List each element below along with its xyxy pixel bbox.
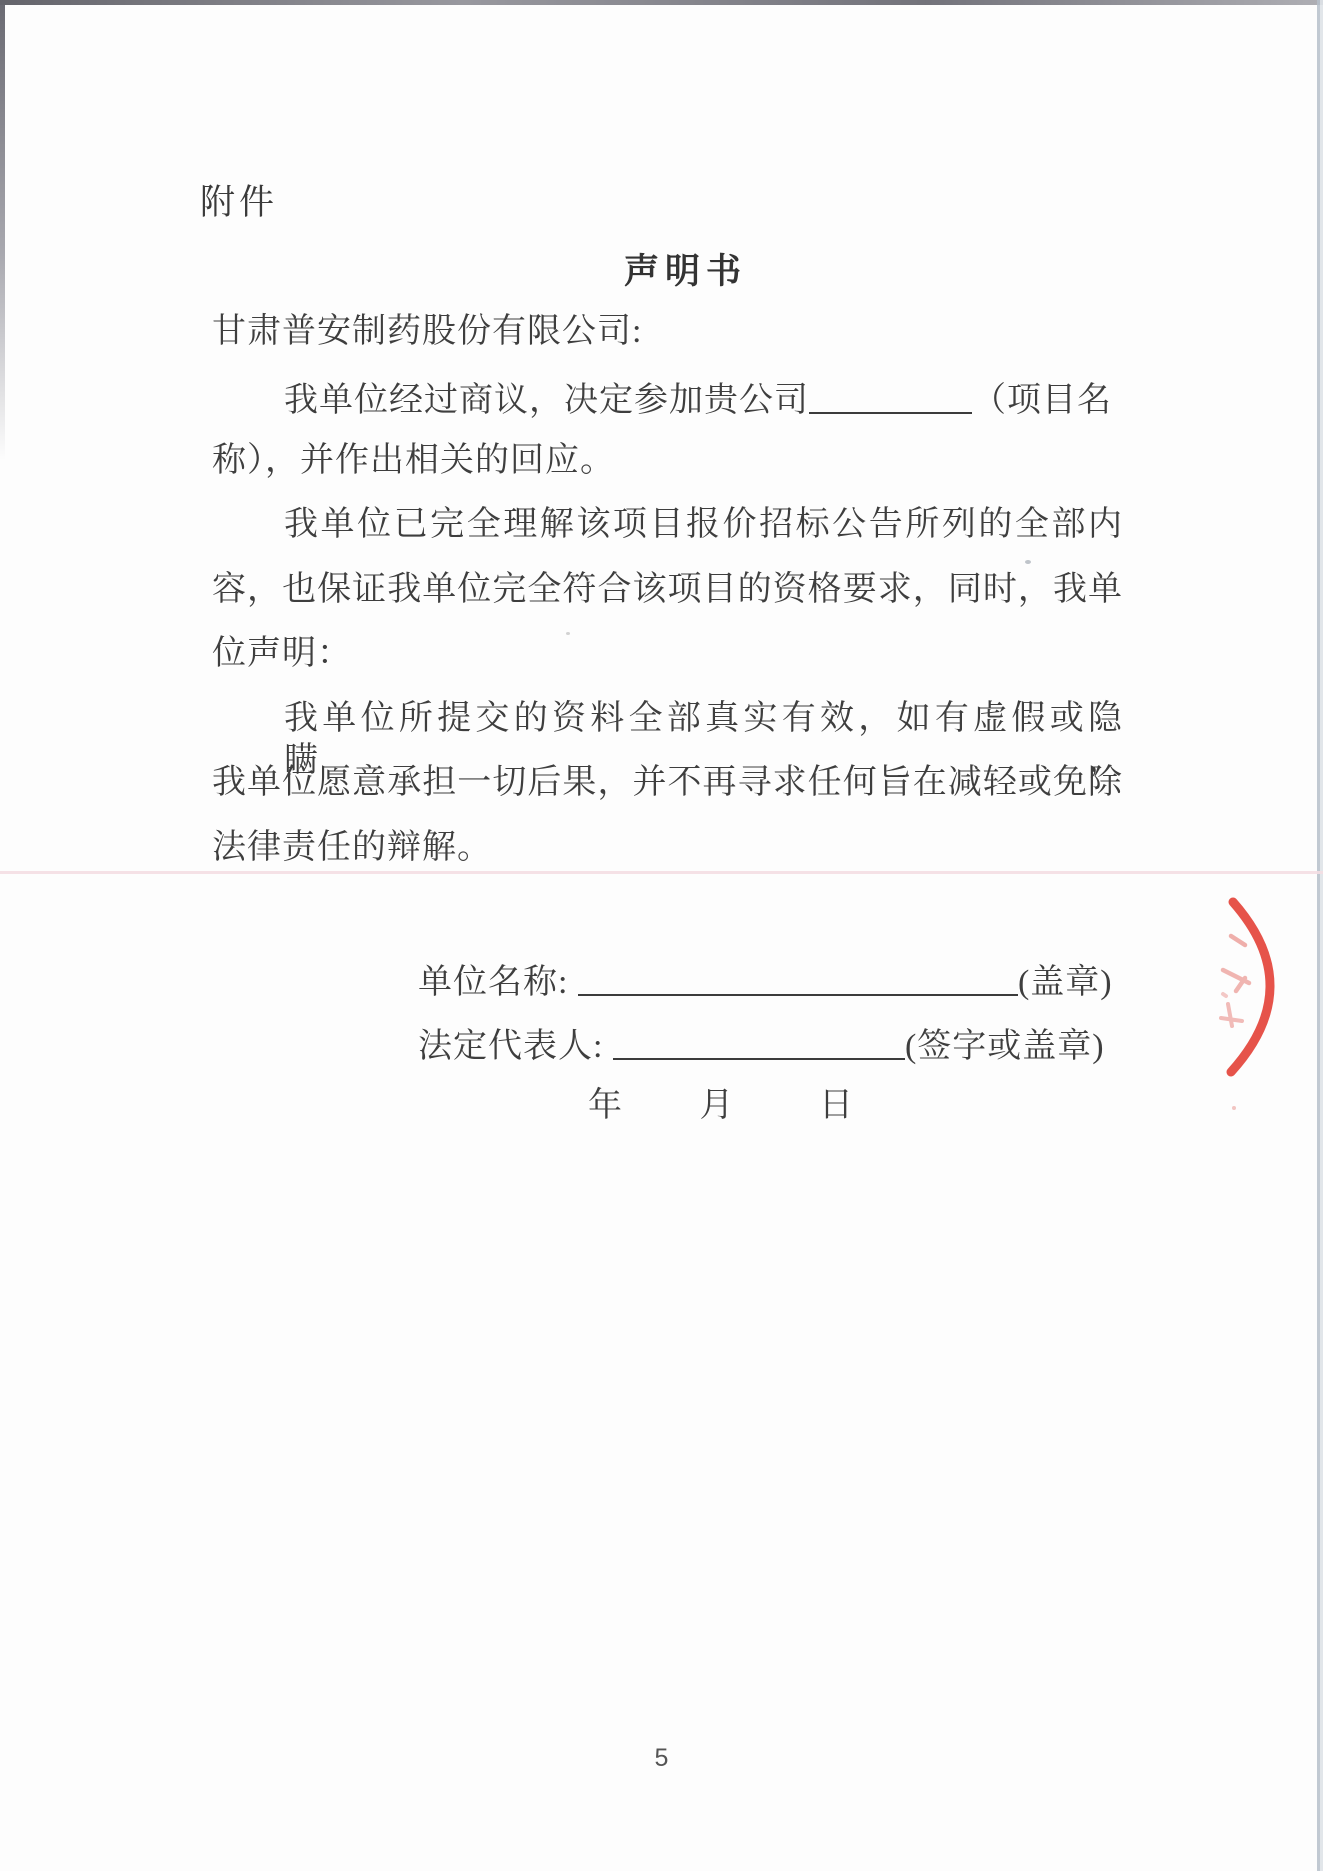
salutation-line: 甘肃普安制药股份有限公司:	[212, 311, 1123, 353]
date-line: 年 月 日	[588, 1085, 853, 1127]
paragraph1-text-after-blank: （项目名	[972, 382, 1112, 419]
date-month-label: 月	[700, 1087, 734, 1124]
project-name-blank-line	[809, 378, 972, 414]
paragraph2-line2: 容，也保证我单位完全符合该项目的资格要求，同时，我单	[212, 569, 1123, 611]
seal-faint-mark	[1231, 936, 1245, 945]
legal-representative-row: 法定代表人: (签字或盖章)	[418, 1021, 1105, 1068]
page-number: 5	[0, 1744, 1323, 1773]
paragraph1-line1: 我单位经过商议，决定参加贵公司（项目名	[212, 375, 1123, 422]
document-page: 附件 声明书 甘肃普安制药股份有限公司: 我单位经过商议，决定参加贵公司（项目名…	[0, 0, 1323, 1871]
attachment-label: 附件	[200, 183, 278, 223]
legal-representative-blank-line	[613, 1024, 905, 1060]
paragraph3-line2: 我单位愿意承担一切后果，并不再寻求任何旨在减轻或免除	[212, 762, 1123, 804]
scan-edge-top	[0, 0, 1323, 5]
unit-name-seal-note: (盖章)	[1018, 964, 1113, 1001]
scan-speck	[1025, 560, 1031, 564]
scan-edge-left	[0, 5, 5, 460]
scan-speck	[1232, 1106, 1236, 1110]
date-day-label: 日	[819, 1087, 853, 1124]
paragraph2-line1: 我单位已完全理解该项目报价招标公告所列的全部内	[212, 504, 1123, 546]
red-seal-stamp-partial-arc	[1193, 882, 1323, 1097]
unit-name-row: 单位名称: (盖章)	[418, 957, 1113, 1004]
paragraph1-line2: 称），并作出相关的回应。	[212, 440, 1123, 482]
unit-name-label: 单位名称:	[418, 964, 568, 1001]
legal-representative-label: 法定代表人:	[418, 1028, 603, 1065]
paragraph3-line3: 法律责任的辩解。	[212, 827, 1123, 869]
legal-representative-seal-note: (签字或盖章)	[905, 1028, 1105, 1065]
scan-seam-line	[0, 871, 1323, 874]
seal-faint-mark	[1223, 994, 1226, 996]
seal-faint-mark	[1223, 970, 1249, 991]
paragraph1-text-before-blank: 我单位经过商议，决定参加贵公司	[284, 382, 809, 419]
date-year-label: 年	[588, 1087, 622, 1124]
unit-name-blank-line	[578, 960, 1018, 996]
document-title: 声明书	[230, 251, 1141, 293]
paragraph2-line3: 位声明：	[212, 633, 1123, 675]
seal-faint-mark	[1221, 1004, 1242, 1026]
